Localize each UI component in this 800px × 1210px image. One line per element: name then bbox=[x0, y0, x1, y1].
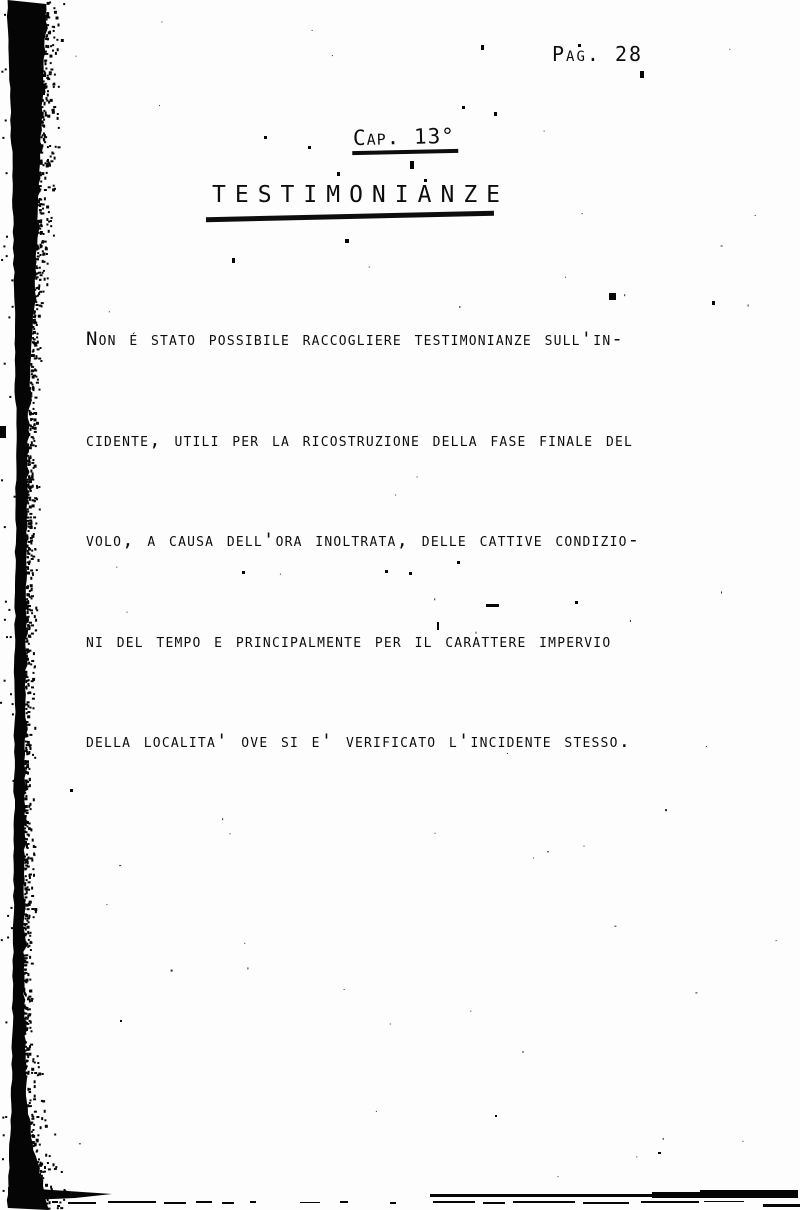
document-title: TESTIMONIANZE bbox=[212, 182, 509, 208]
body-line-1: Non é stato possibile raccogliere testim… bbox=[86, 323, 746, 357]
chapter-heading: Cap. 13° bbox=[297, 101, 458, 178]
body-line-5: della localita' ove si e' verificato l'i… bbox=[86, 725, 746, 759]
body-line-2: cidente, utili per la ricostruzione dell… bbox=[86, 424, 746, 458]
chapter-heading-text: Cap. 13° bbox=[351, 124, 458, 155]
body-line-3: volo, a causa dell'ora inoltrata, delle … bbox=[86, 524, 746, 558]
scanned-document-page: Pag. 28 Cap. 13° TESTIMONIANZE Non é sta… bbox=[0, 0, 800, 1210]
page-number-label: Pag. 28 bbox=[552, 42, 643, 66]
body-line-4: ni del tempo e principalmente per il car… bbox=[86, 625, 746, 659]
title-underline bbox=[206, 211, 494, 223]
body-paragraph: Non é stato possibile raccogliere testim… bbox=[86, 256, 746, 826]
